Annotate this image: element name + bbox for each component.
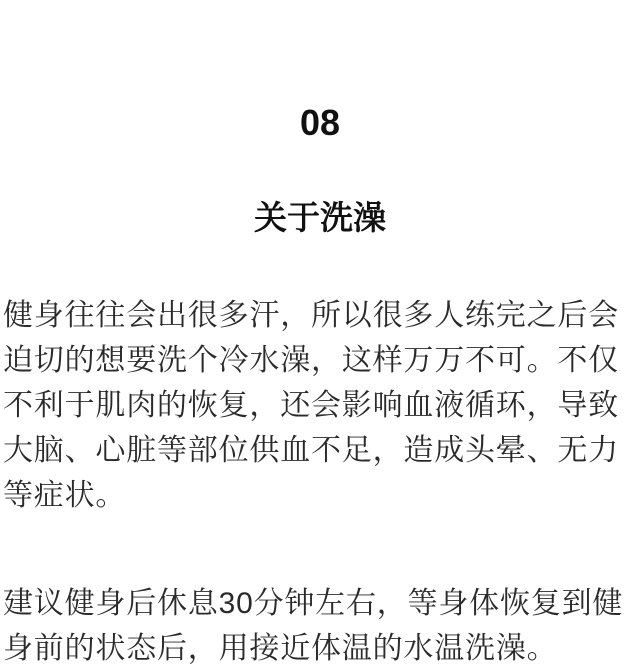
- section-title: 关于洗澡: [0, 198, 640, 238]
- paragraph-cold-shower-warning: 健身往往会出很多汗，所以很多人练完之后会 迫切的想要洗个冷水澡，这样万万不可。不…: [3, 293, 637, 518]
- paragraph-rest-advice: 建议健身后休息30分钟左右，等身体恢复到健 身前的状态后，用接近体温的水温洗澡。: [3, 581, 637, 671]
- section-number: 08: [0, 103, 640, 143]
- article-page: 08 关于洗澡 健身往往会出很多汗，所以很多人练完之后会 迫切的想要洗个冷水澡，…: [0, 0, 640, 672]
